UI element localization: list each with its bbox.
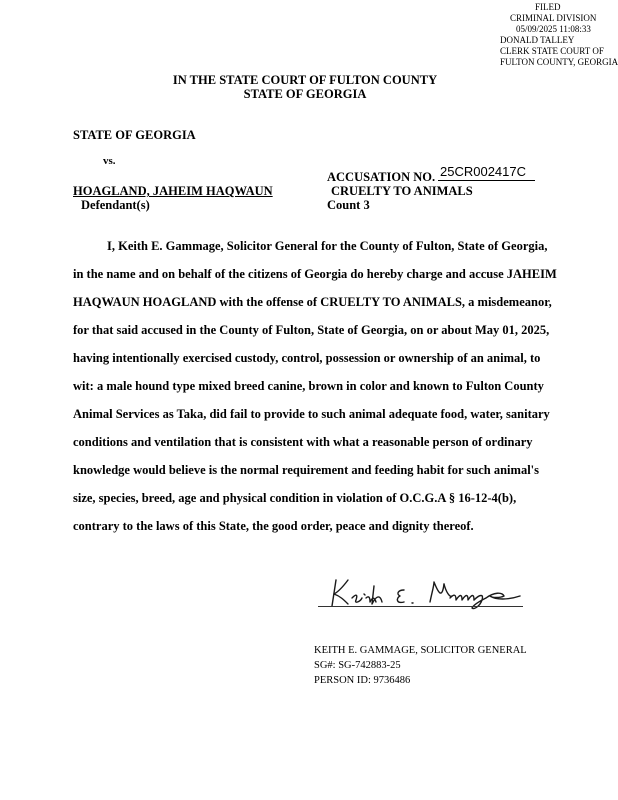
charge: CRUELTY TO ANIMALS bbox=[331, 184, 473, 199]
defendant-label: Defendant(s) bbox=[81, 198, 150, 213]
court-heading: IN THE STATE COURT OF FULTON COUNTY STAT… bbox=[0, 73, 618, 101]
clerk-location: FULTON COUNTY, GEORGIA bbox=[500, 57, 618, 68]
defendant-name: HOAGLAND, JAHEIM HAQWAUN bbox=[73, 184, 273, 199]
accusation-label: ACCUSATION NO. bbox=[327, 170, 435, 185]
body-line: for that said accused in the County of F… bbox=[73, 323, 543, 351]
count: Count 3 bbox=[327, 198, 370, 213]
body-line: knowledge would believe is the normal re… bbox=[73, 463, 543, 491]
body-line: contrary to the laws of this State, the … bbox=[73, 519, 543, 547]
filing-datetime: 05/09/2025 11:08:33 bbox=[500, 24, 618, 35]
filing-stamp: FILED CRIMINAL DIVISION 05/09/2025 11:08… bbox=[500, 2, 618, 68]
signature-block bbox=[318, 572, 528, 612]
clerk-title: CLERK STATE COURT OF bbox=[500, 46, 618, 57]
signer-title: KEITH E. GAMMAGE, SOLICITOR GENERAL bbox=[314, 643, 527, 658]
court-name: IN THE STATE COURT OF FULTON COUNTY bbox=[0, 73, 618, 87]
filing-division: CRIMINAL DIVISION bbox=[500, 13, 618, 24]
body-line: Animal Services as Taka, did fail to pro… bbox=[73, 407, 543, 435]
body-line: having intentionally exercised custody, … bbox=[73, 351, 543, 379]
accusation-body: I, Keith E. Gammage, Solicitor General f… bbox=[73, 239, 543, 547]
person-id: PERSON ID: 9736486 bbox=[314, 673, 527, 688]
filed-status: FILED bbox=[500, 2, 618, 13]
versus: vs. bbox=[103, 155, 116, 167]
signer-info: KEITH E. GAMMAGE, SOLICITOR GENERAL SG#:… bbox=[314, 643, 527, 688]
body-line: I, Keith E. Gammage, Solicitor General f… bbox=[73, 239, 543, 267]
body-line: in the name and on behalf of the citizen… bbox=[73, 267, 543, 295]
body-line: wit: a male hound type mixed breed canin… bbox=[73, 379, 543, 407]
accusation-number: 25CR002417C bbox=[438, 164, 535, 181]
signature-line bbox=[318, 606, 523, 607]
body-line: HAQWAUN HOAGLAND with the offense of CRU… bbox=[73, 295, 543, 323]
plaintiff: STATE OF GEORGIA bbox=[73, 128, 196, 143]
body-line: conditions and ventilation that is consi… bbox=[73, 435, 543, 463]
sg-number: SG#: SG-742883-25 bbox=[314, 658, 527, 673]
body-line: size, species, breed, age and physical c… bbox=[73, 491, 543, 519]
court-state: STATE OF GEORGIA bbox=[0, 87, 618, 101]
clerk-name: DONALD TALLEY bbox=[500, 35, 618, 46]
